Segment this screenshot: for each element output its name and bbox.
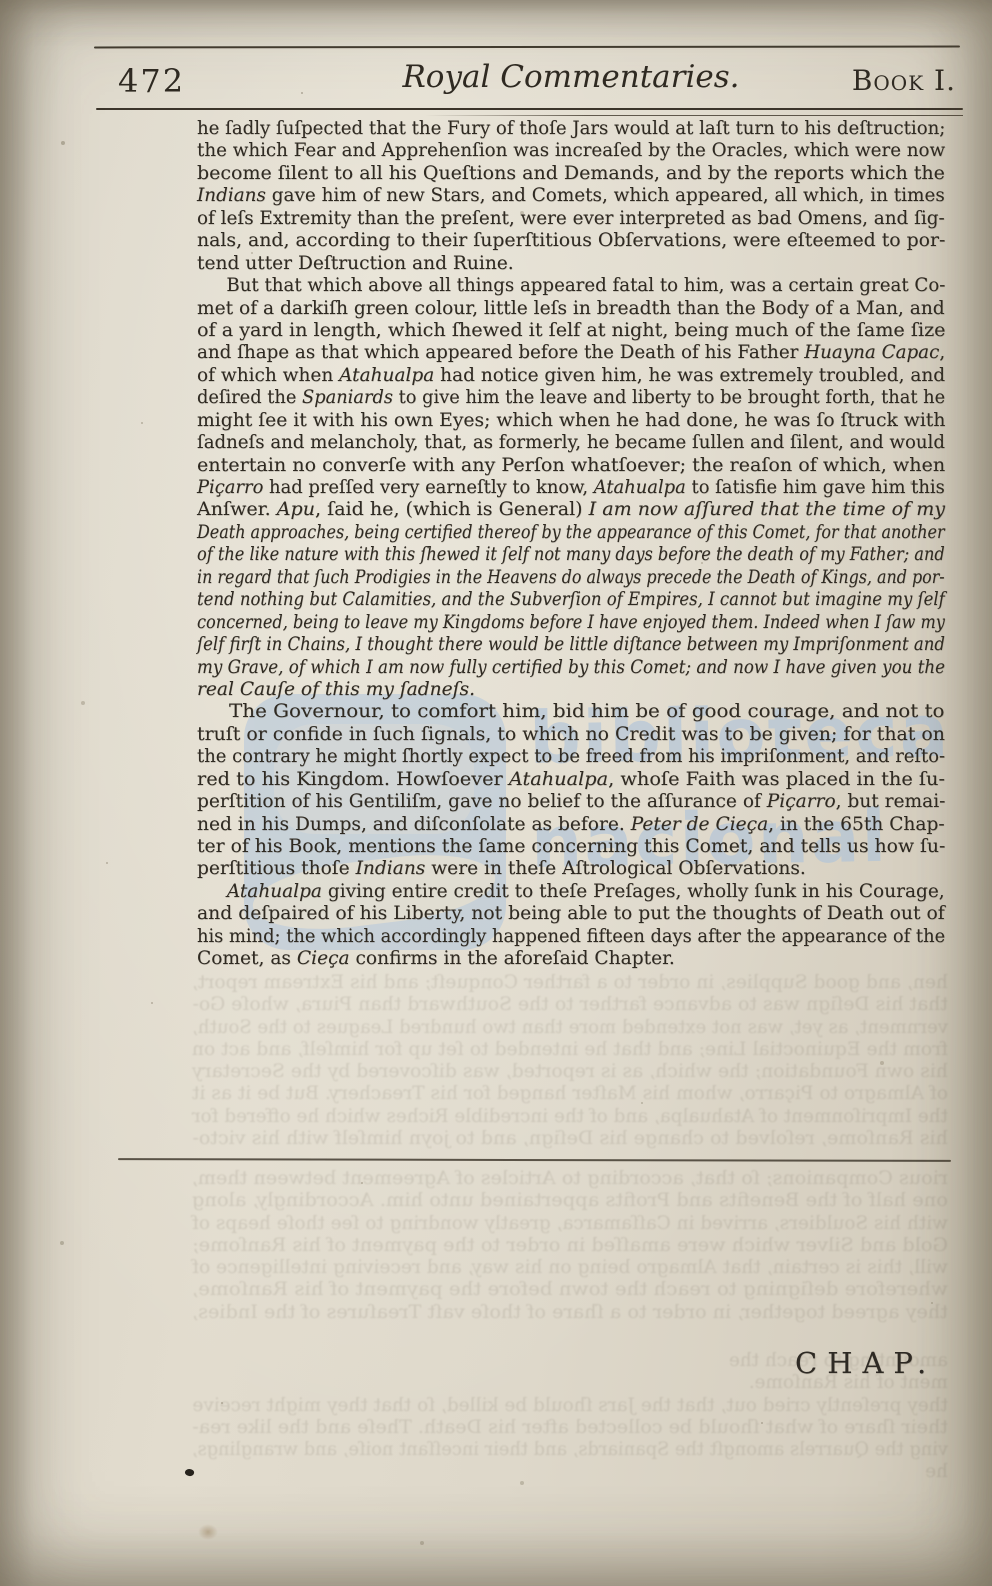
show-through-text: rious Companions; ſo that, according to …	[192, 1168, 948, 1324]
text-block: he ſadly ſuſpected that the Fury of thoſ…	[197, 118, 945, 971]
ghost-line: that his Deſign was to advance farther t…	[192, 994, 948, 1016]
text-line: Anſwer. Apu, ſaid he, (which is General)…	[197, 499, 945, 521]
text-line: perſtition of his Gentiliſm, gave no bel…	[197, 791, 945, 813]
text-line: he ſadly ſuſpected that the Fury of thoſ…	[197, 118, 945, 140]
ghost-line: the Impriſonment of Atahualpa, and of th…	[192, 1106, 948, 1128]
ghost-line: hen, and good Supplies, in order to a fa…	[192, 972, 948, 994]
ghost-line: with his Souldiers, arrived in Caſſamarc…	[192, 1213, 948, 1235]
text-line: Atahualpa giving entire credit to theſe …	[197, 881, 945, 903]
text-line: and ſhape as that which appeared before …	[197, 342, 945, 364]
text-line: tend utter Deſtruction and Ruine.	[197, 253, 514, 275]
text-line: deſired the Spaniards to give him the le…	[197, 387, 945, 409]
text-line: my Grave, of which I am now fully certif…	[197, 657, 945, 679]
text-line: Comet, as Cieça confirms in the aforeſai…	[197, 948, 675, 970]
text-line: perſtitious thoſe Indians were in theſe …	[197, 858, 806, 880]
text-line: Death approaches, being certified thereo…	[197, 522, 945, 544]
text-line: Piçarro had preſſed very earneſtly to kn…	[197, 477, 945, 499]
text-line: tend nothing but Calamities, and the Sub…	[197, 589, 945, 611]
section-rule	[118, 1158, 951, 1162]
text-line: ſelf firſt in Chains, I thought there wo…	[197, 634, 945, 656]
text-line: might ſee it with his own Eyes; which wh…	[197, 410, 945, 432]
ghost-line: their ſhare of what ſhould be collected …	[192, 1417, 948, 1439]
ghost-line: of Almagro to Piçarro, whom his Maſter h…	[192, 1083, 948, 1105]
text-line: of which when Atahualpa had notice given…	[197, 365, 945, 387]
text-line: the contrary he might ſhortly expect to …	[197, 746, 945, 768]
ghost-line: from the Equinoctial Line; and that he i…	[192, 1039, 948, 1061]
text-line: real Cauſe of this my ſadneſs.	[197, 679, 475, 701]
text-line: the which Fear and Apprehenſion was incr…	[197, 140, 945, 162]
text-line: become ſilent to all his Queſtions and D…	[197, 163, 945, 185]
ghost-line: will, this is certain, that Almagro bein…	[192, 1257, 948, 1279]
text-line: Indians gave him of new Stars, and Comet…	[197, 185, 945, 207]
text-line: But that which above all things appeared…	[197, 275, 945, 297]
paper-stain	[198, 1524, 218, 1540]
catchword: CHAP.	[795, 1346, 936, 1380]
text-line: entertain no converſe with any Perſon wh…	[197, 455, 945, 477]
ghost-line: his Ranſome, reſolved to change his Deſi…	[192, 1128, 948, 1150]
ghost-line: his own Foundation; the which, as is rep…	[192, 1061, 948, 1083]
book-page: 472 Royal Commentaries. Book I. bibliote…	[0, 0, 992, 1586]
ghost-line: vernment, as yet, was not extended more …	[192, 1017, 948, 1039]
text-line: in regard that ſuch Prodigies in the Hea…	[197, 567, 945, 589]
text-line: truſt or confide in ſuch ſignals, to whi…	[197, 724, 945, 746]
text-line: of the like nature with this ſhewed it ſ…	[197, 544, 945, 566]
page-number: 472	[118, 62, 185, 100]
text-line: nals, and, according to their ſuperſtiti…	[197, 230, 945, 252]
ghost-line: they preſently cried out, that the Jars …	[192, 1395, 948, 1417]
book-label: Book I.	[852, 64, 956, 97]
ghost-line: Gold and Silver which were amaſſed in or…	[192, 1235, 948, 1257]
paper-specks	[0, 0, 2, 2]
text-line: of leſs Extremity than the preſent, were…	[197, 208, 945, 230]
page-edge-shadow	[0, 0, 34, 1586]
text-line: The Governour, to comfort him, bid him b…	[197, 701, 944, 723]
ghost-line: he	[925, 1461, 948, 1483]
text-line: ned in his Dumps, and diſconſolate as be…	[197, 814, 945, 836]
text-line: met of a darkiſh green colour, little le…	[197, 298, 945, 320]
text-line: ter of his Book, mentions the ſame conce…	[197, 836, 945, 858]
show-through-text: hen, and good Supplies, in order to a fa…	[192, 972, 948, 1150]
ghost-line: they agreed together, in order to a ſhar…	[192, 1302, 948, 1324]
running-title: Royal Commentaries.	[197, 59, 945, 95]
ghost-line: ving the Quarrels amongſt the Spaniards,…	[192, 1439, 948, 1461]
ghost-line: one half of the Benefits and Profits app…	[192, 1190, 948, 1212]
top-rule	[94, 46, 960, 49]
text-line: concerned, being to leave my Kingdoms be…	[197, 612, 945, 634]
text-line: of a yard in length, which ſhewed it ſel…	[197, 320, 945, 342]
text-line: and deſpaired of his Liberty, not being …	[197, 903, 945, 925]
ghost-line: rious Companions; ſo that, according to …	[192, 1168, 948, 1190]
text-line: his mind; the which accordingly happened…	[197, 926, 945, 948]
text-line: ſadneſs and melancholy, that, as formerl…	[197, 432, 945, 454]
text-line: red to his Kingdom. Howſoever Atahualpa,…	[197, 769, 945, 791]
header-rule	[96, 108, 963, 110]
ghost-line: wherefore deſigning to reach the town be…	[192, 1279, 948, 1301]
